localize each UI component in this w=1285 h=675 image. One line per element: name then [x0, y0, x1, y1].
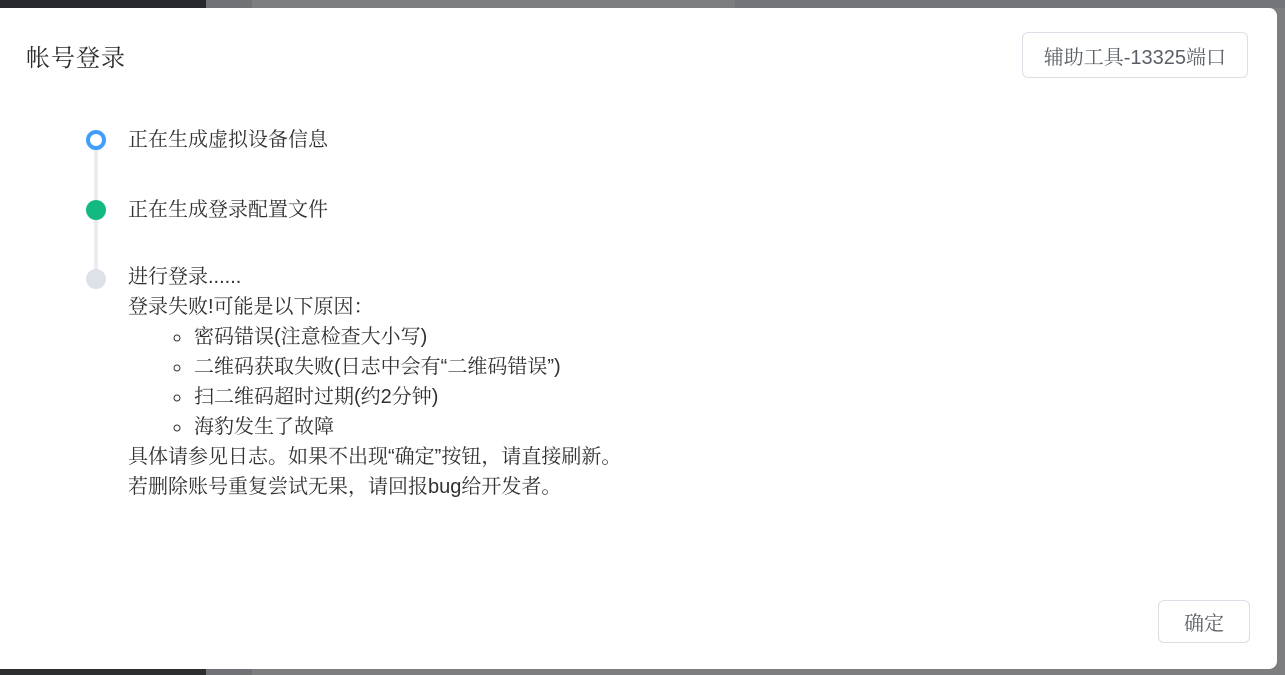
login-dialog: 帐号登录 辅助工具-13325端口 正在生成虚拟设备信息 正在生成登录配置文件 …: [0, 8, 1277, 669]
step2-label: 正在生成登录配置文件: [128, 200, 328, 220]
failure-note: 具体请参见日志。如果不出现“确定”按钮，请直接刷新。: [128, 442, 621, 472]
backdrop-bottom-strip: [0, 669, 1285, 675]
failure-note: 若删除账号重复尝试无果，请回报bug给开发者。: [128, 472, 621, 502]
failure-reason-list: 密码错误(注意检查大小写) 二维码获取失败(日志中会有“二维码错误”) 扫二维码…: [128, 322, 621, 442]
helper-tool-button[interactable]: 辅助工具-13325端口: [1022, 32, 1248, 78]
step3-circle-pending-icon: [86, 269, 106, 289]
failure-reason: 海豹发生了故障: [192, 412, 621, 442]
step3-content: 进行登录...... 登录失败!可能是以下原因： 密码错误(注意检查大小写) 二…: [128, 262, 621, 502]
failure-reason: 扫二维码超时过期(约2分钟): [192, 382, 621, 412]
backdrop-top-strip: [0, 0, 1285, 8]
backdrop-top-mid: [206, 0, 252, 8]
failure-reason: 二维码获取失败(日志中会有“二维码错误”): [192, 352, 621, 382]
step1-label: 正在生成虚拟设备信息: [128, 130, 328, 150]
backdrop-bottom-gray: [252, 669, 1285, 675]
failure-intro: 登录失败!可能是以下原因：: [128, 292, 621, 322]
backdrop-top-gray-right: [735, 0, 1285, 8]
backdrop-top-dark: [0, 0, 206, 8]
page-title: 帐号登录: [26, 38, 126, 73]
backdrop-bottom-dark: [0, 669, 206, 675]
backdrop-bottom-mid: [206, 669, 252, 675]
confirm-button[interactable]: 确定: [1158, 600, 1250, 643]
failure-reason: 密码错误(注意检查大小写): [192, 322, 621, 352]
step2-circle-filled-icon: [86, 200, 106, 220]
step3-label: 进行登录......: [128, 262, 621, 292]
step1-circle-outline-icon: [86, 130, 106, 150]
